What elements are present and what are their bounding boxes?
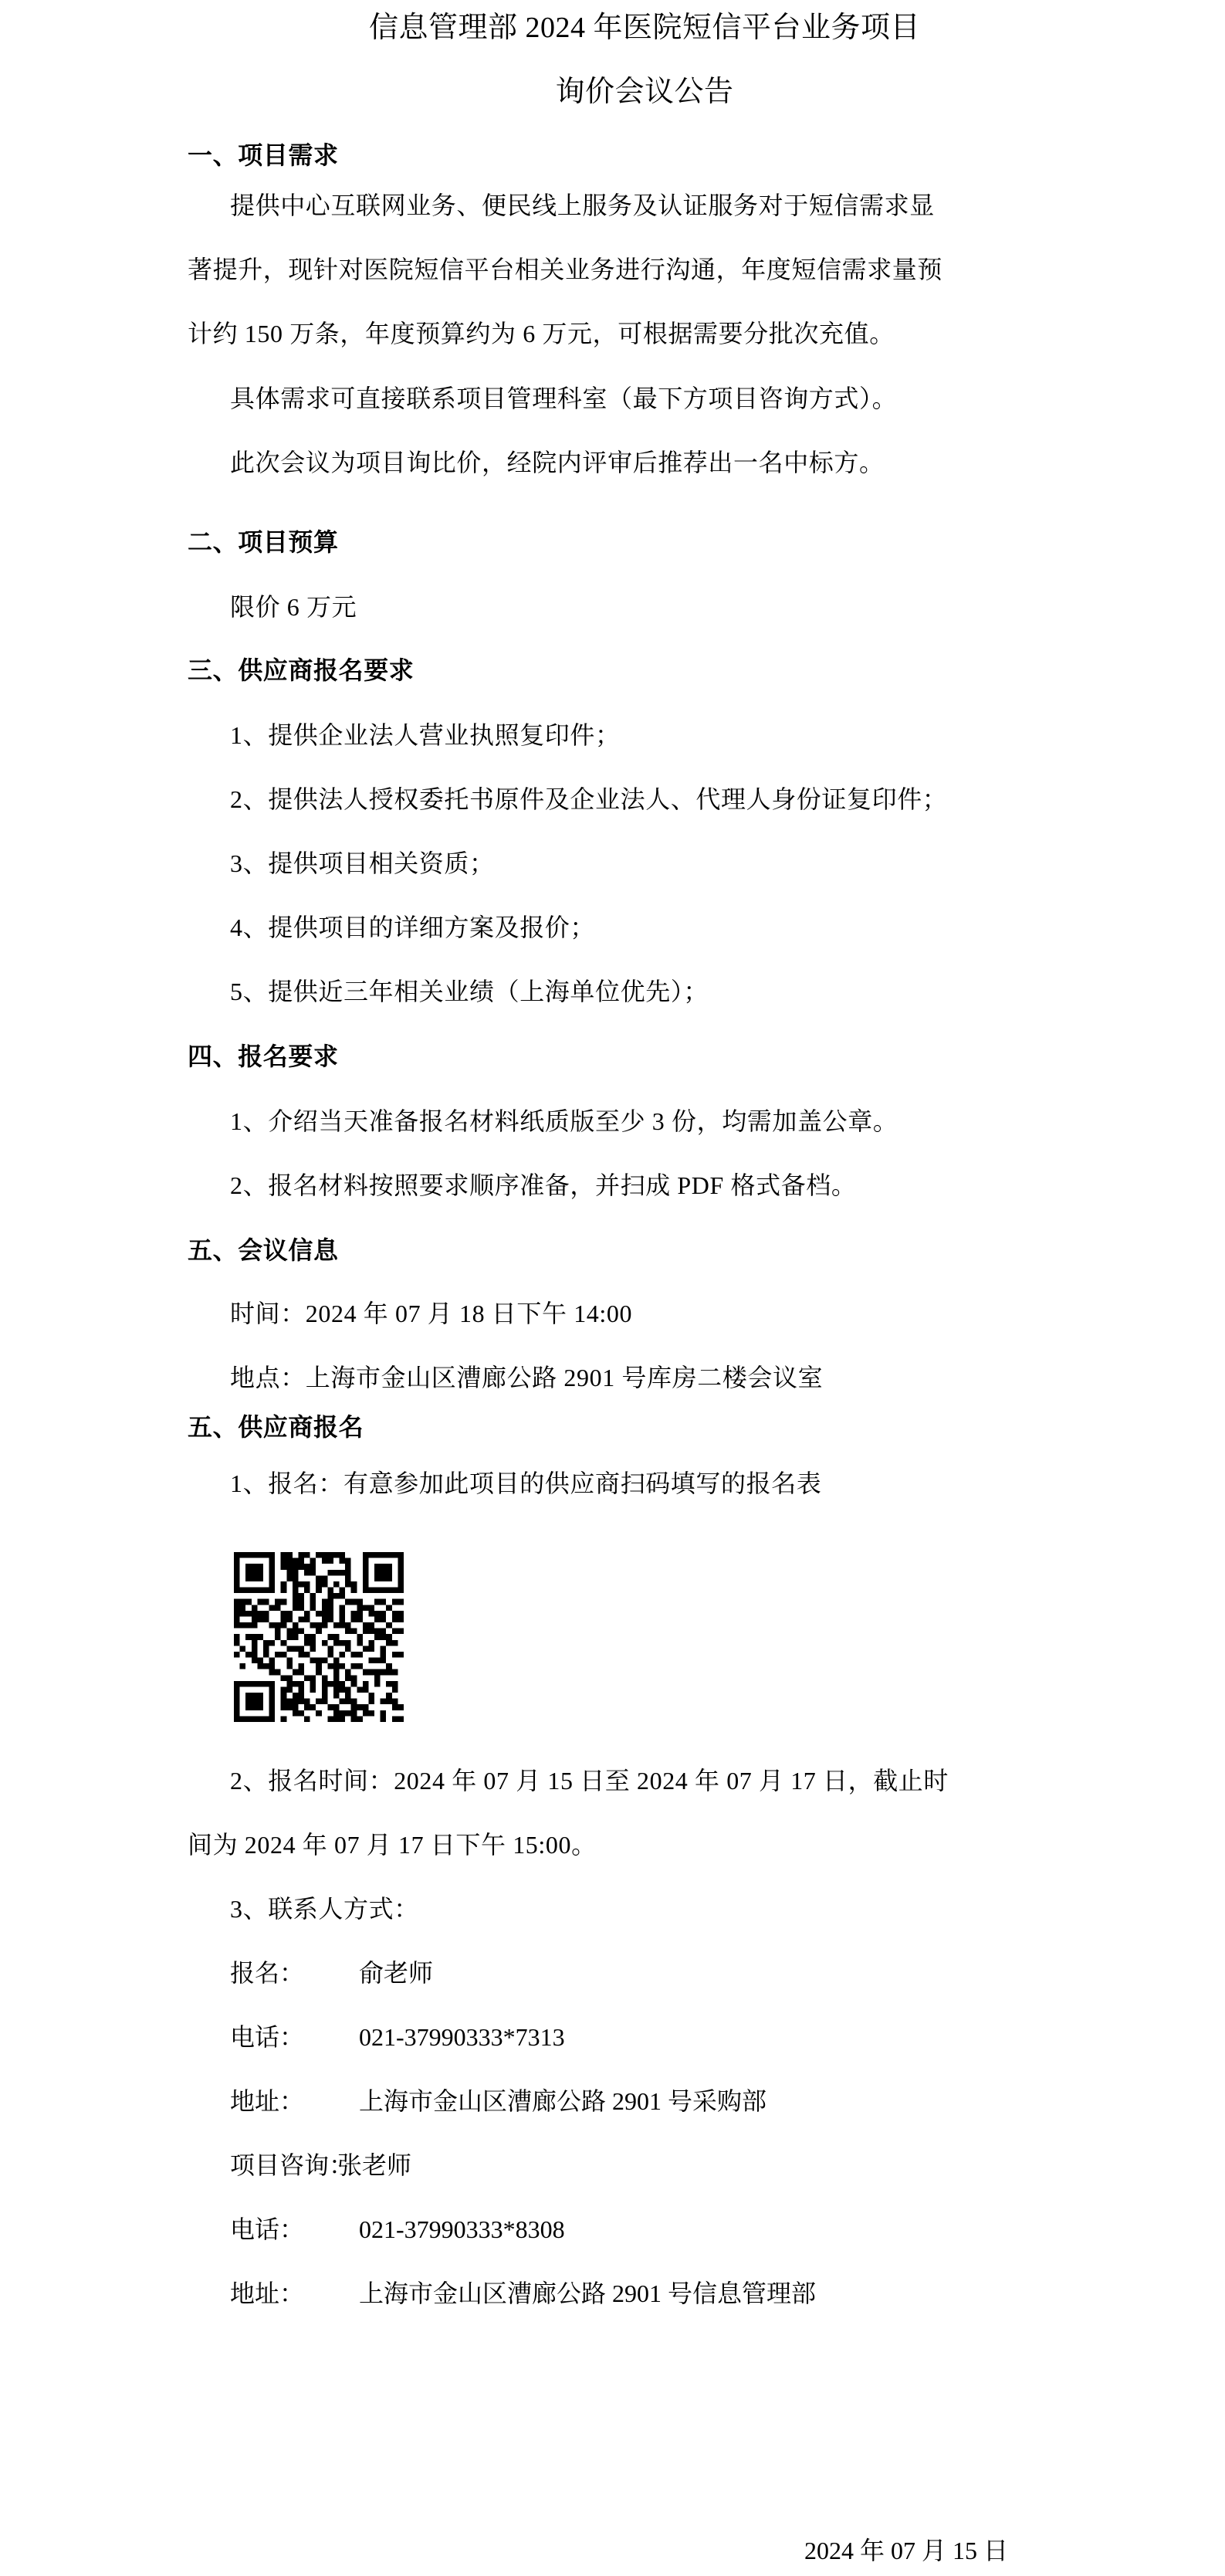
consult-address-label: 地址： — [230, 2279, 304, 2308]
consult-phone-value: 021-37990333*8308 — [359, 2215, 565, 2244]
supplier-requirement-item: 4、提供项目的详细方案及报价； — [230, 913, 595, 942]
supplier-requirement-item: 5、提供近三年相关业绩（上海单位优先）； — [230, 977, 709, 1006]
section-heading-meeting-info: 五、会议信息 — [188, 1235, 339, 1265]
document-title-line-2: 询价会议公告 — [0, 75, 1225, 109]
contact-address-value: 上海市金山区漕廊公路 2901 号采购部 — [359, 2086, 766, 2116]
meeting-place: 地点：上海市金山区漕廊公路 2901 号库房二楼会议室 — [230, 1363, 823, 1392]
meeting-time: 时间：2024 年 07 月 18 日下午 14:00 — [230, 1299, 632, 1328]
registration-time-line-1: 2、报名时间：2024 年 07 月 15 日至 2024 年 07 月 17 … — [230, 1766, 949, 1795]
supplier-requirement-item: 3、提供项目相关资质； — [230, 849, 495, 878]
document-page: 信息管理部 2024 年医院短信平台业务项目 询价会议公告 一、项目需求 提供中… — [0, 0, 1225, 2576]
announcement-date: 2024 年 07 月 15 日 — [804, 2536, 1008, 2565]
registration-requirement-item: 2、报名材料按照要求顺序准备，并扫成 PDF 格式备档。 — [230, 1171, 857, 1200]
registration-qr-code-icon[interactable] — [234, 1552, 404, 1722]
section-heading-registration-requirements: 四、报名要求 — [188, 1042, 339, 1071]
contact-phone-value: 021-37990333*7313 — [359, 2022, 565, 2052]
section-heading-requirements: 一、项目需求 — [188, 141, 339, 170]
requirements-contact-note: 具体需求可直接联系项目管理科室（最下方项目咨询方式）。 — [230, 384, 897, 413]
requirements-paragraph-line-3: 计约 150 万条，年度预算约为 6 万元，可根据需要分批次充值。 — [188, 319, 895, 348]
contact-address-label: 地址： — [230, 2086, 304, 2116]
document-title-line-1: 信息管理部 2024 年医院短信平台业务项目 — [0, 11, 1225, 45]
contact-registration-name: 俞老师 — [359, 1958, 433, 1988]
registration-scan-instruction: 1、报名：有意参加此项目的供应商扫码填写的报名表 — [230, 1469, 821, 1498]
requirements-paragraph-line-1: 提供中心互联网业务、便民线上服务及认证服务对于短信需求显 — [230, 191, 935, 220]
contact-methods-label: 3、联系人方式： — [230, 1894, 419, 1924]
budget-limit: 限价 6 万元 — [230, 592, 357, 622]
supplier-requirement-item: 1、提供企业法人营业执照复印件； — [230, 720, 621, 750]
section-heading-supplier-registration: 五、供应商报名 — [188, 1412, 364, 1442]
consult-address-value: 上海市金山区漕廊公路 2901 号信息管理部 — [359, 2279, 816, 2308]
project-consult-label: 项目咨询： — [230, 2151, 354, 2180]
requirements-paragraph-line-2: 著提升，现针对医院短信平台相关业务进行沟通，年度短信需求量预 — [188, 255, 942, 284]
contact-phone-label: 电话： — [230, 2022, 304, 2052]
registration-requirement-item: 1、介绍当天准备报名材料纸质版至少 3 份，均需加盖公章。 — [230, 1107, 898, 1136]
requirements-evaluation-note: 此次会议为项目询比价，经院内评审后推荐出一名中标方。 — [230, 448, 885, 477]
registration-time-line-2: 间为 2024 年 07 月 17 日下午 15:00。 — [188, 1830, 597, 1859]
section-heading-budget: 二、项目预算 — [188, 527, 339, 557]
consult-phone-label: 电话： — [230, 2215, 304, 2244]
contact-registration-label: 报名： — [230, 1958, 304, 1988]
project-consult-name: 张老师 — [337, 2151, 411, 2180]
supplier-requirement-item: 2、提供法人授权委托书原件及企业法人、代理人身份证复印件； — [230, 785, 947, 814]
section-heading-supplier-requirements: 三、供应商报名要求 — [188, 656, 414, 685]
